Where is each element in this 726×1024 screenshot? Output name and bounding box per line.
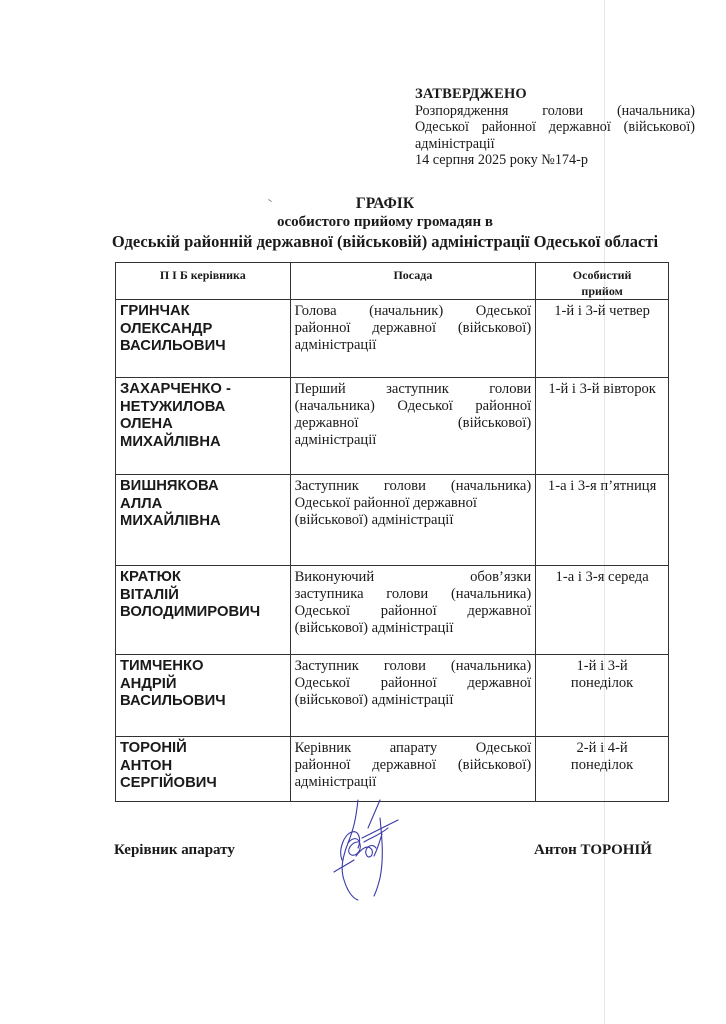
official-name: КРАТЮК ВІТАЛІЙ ВОЛОДИМИРОВИЧ bbox=[116, 566, 291, 655]
position-line: (військової) адміністрації bbox=[295, 620, 532, 637]
name-line: ВАСИЛЬОВИЧ bbox=[120, 338, 286, 356]
table-row: ТОРОНІЙ АНТОН СЕРГІЙОВИЧ Керівник апарат… bbox=[116, 737, 669, 802]
reception-days: 1-а і 3-я середа bbox=[536, 566, 669, 655]
name-line: ЗАХАРЧЕНКО - bbox=[120, 381, 286, 399]
official-name: ВИШНЯКОВА АЛЛА МИХАЙЛІВНА bbox=[116, 475, 291, 566]
position-line: Перший заступник голови bbox=[295, 381, 532, 398]
approval-date: 14 серпня 2025 року №174-р bbox=[415, 152, 695, 169]
reception-days: 1-й і 3-й вівторок bbox=[536, 378, 669, 475]
official-name: ГРИНЧАК ОЛЕКСАНДР ВАСИЛЬОВИЧ bbox=[116, 300, 291, 378]
table-row: ЗАХАРЧЕНКО - НЕТУЖИЛОВА ОЛЕНА МИХАЙЛІВНА… bbox=[116, 378, 669, 475]
reception-days: 1-й і 3-й понеділок bbox=[536, 655, 669, 737]
position-line: адміністрації bbox=[295, 774, 532, 791]
position-line: Одеської районної державної bbox=[295, 675, 532, 692]
reception-line: 1-й і 3-й bbox=[540, 658, 664, 675]
table-row: КРАТЮК ВІТАЛІЙ ВОЛОДИМИРОВИЧ Виконуючий … bbox=[116, 566, 669, 655]
official-position: Керівник апарату Одеської районної держа… bbox=[290, 737, 536, 802]
name-line: ТОРОНІЙ bbox=[120, 740, 286, 758]
position-line: Одеської районної державної bbox=[295, 495, 532, 512]
approval-block: ЗАТВЕРДЖЕНО Розпорядження голови (началь… bbox=[415, 86, 695, 169]
header-reception-line-2: прийом bbox=[540, 283, 664, 299]
reception-line: 1-й і 3-й четвер bbox=[540, 303, 664, 320]
reception-line: 2-й і 4-й bbox=[540, 740, 664, 757]
reception-line: понеділок bbox=[540, 675, 664, 692]
position-line: державної (військової) bbox=[295, 415, 532, 432]
official-position: Перший заступник голови (начальника) Оде… bbox=[290, 378, 536, 475]
approval-line-3: адміністрації bbox=[415, 136, 695, 153]
name-line: ОЛЕКСАНДР bbox=[120, 321, 286, 339]
name-line: СЕРГІЙОВИЧ bbox=[120, 775, 286, 793]
position-line: заступника голови (начальника) bbox=[295, 586, 532, 603]
reception-line: 1-а і 3-я п’ятниця bbox=[540, 478, 664, 495]
name-line: МИХАЙЛІВНА bbox=[120, 434, 286, 452]
reception-days: 1-а і 3-я п’ятниця bbox=[536, 475, 669, 566]
official-position: Заступник голови (начальника) Одеської р… bbox=[290, 475, 536, 566]
header-position: Посада bbox=[290, 263, 536, 300]
name-line: ВИШНЯКОВА bbox=[120, 478, 286, 496]
table-row: ТИМЧЕНКО АНДРІЙ ВАСИЛЬОВИЧ Заступник гол… bbox=[116, 655, 669, 737]
signatory-name: Антон ТОРОНІЙ bbox=[534, 842, 652, 859]
position-line: Голова (начальник) Одеської bbox=[295, 303, 532, 320]
document-title: ГРАФІК bbox=[100, 194, 670, 213]
position-line: Заступник голови (начальника) bbox=[295, 658, 532, 675]
official-name: ТОРОНІЙ АНТОН СЕРГІЙОВИЧ bbox=[116, 737, 291, 802]
position-line: районної державної (військової) bbox=[295, 757, 532, 774]
name-line: АНТОН bbox=[120, 758, 286, 776]
name-line: ОЛЕНА bbox=[120, 416, 286, 434]
name-line: НЕТУЖИЛОВА bbox=[120, 399, 286, 417]
name-line: АНДРІЙ bbox=[120, 676, 286, 694]
reception-line: понеділок bbox=[540, 757, 664, 774]
position-line: районної державної (військової) bbox=[295, 320, 532, 337]
name-line: МИХАЙЛІВНА bbox=[120, 513, 286, 531]
name-line: ВАСИЛЬОВИЧ bbox=[120, 693, 286, 711]
table-row: ГРИНЧАК ОЛЕКСАНДР ВАСИЛЬОВИЧ Голова (нач… bbox=[116, 300, 669, 378]
official-name: ЗАХАРЧЕНКО - НЕТУЖИЛОВА ОЛЕНА МИХАЙЛІВНА bbox=[116, 378, 291, 475]
name-line: ГРИНЧАК bbox=[120, 303, 286, 321]
document-subtitle-2: Одеській районній державної (військовій)… bbox=[80, 232, 690, 251]
position-line: Заступник голови (начальника) bbox=[295, 478, 532, 495]
header-name: П І Б керівника bbox=[116, 263, 291, 300]
position-line: адміністрації bbox=[295, 337, 532, 354]
reception-line: 1-а і 3-я середа bbox=[540, 569, 664, 586]
position-line: Одеської районної державної bbox=[295, 603, 532, 620]
name-line: АЛЛА bbox=[120, 496, 286, 514]
approval-line-1: Розпорядження голови (начальника) bbox=[415, 103, 695, 120]
official-position: Голова (начальник) Одеської районної дер… bbox=[290, 300, 536, 378]
name-line: ВІТАЛІЙ bbox=[120, 587, 286, 605]
table-row: ВИШНЯКОВА АЛЛА МИХАЙЛІВНА Заступник голо… bbox=[116, 475, 669, 566]
document-title-block: ГРАФІК особистого прийому громадян в Оде… bbox=[100, 194, 670, 251]
signatory-role: Керівник апарату bbox=[114, 842, 235, 859]
reception-schedule-table: П І Б керівника Посада Особистий прийом … bbox=[115, 262, 669, 802]
position-line: адміністрації bbox=[295, 432, 532, 449]
table-header-row: П І Б керівника Посада Особистий прийом bbox=[116, 263, 669, 300]
reception-days: 2-й і 4-й понеділок bbox=[536, 737, 669, 802]
official-name: ТИМЧЕНКО АНДРІЙ ВАСИЛЬОВИЧ bbox=[116, 655, 291, 737]
reception-days: 1-й і 3-й четвер bbox=[536, 300, 669, 378]
official-position: Виконуючий обов’язки заступника голови (… bbox=[290, 566, 536, 655]
official-position: Заступник голови (начальника) Одеської р… bbox=[290, 655, 536, 737]
position-line: (військової) адміністрації bbox=[295, 512, 532, 529]
name-line: КРАТЮК bbox=[120, 569, 286, 587]
position-line: (начальника) Одеської районної bbox=[295, 398, 532, 415]
document-subtitle-1: особистого прийому громадян в bbox=[100, 213, 670, 232]
approval-line-2: Одеської районної державної (військової) bbox=[415, 119, 695, 136]
name-line: ТИМЧЕНКО bbox=[120, 658, 286, 676]
header-reception-line-1: Особистий bbox=[540, 267, 664, 283]
position-line: Керівник апарату Одеської bbox=[295, 740, 532, 757]
handwritten-signature-icon bbox=[318, 798, 418, 903]
position-line: (військової) адміністрації bbox=[295, 692, 532, 709]
name-line: ВОЛОДИМИРОВИЧ bbox=[120, 604, 286, 622]
reception-line: 1-й і 3-й вівторок bbox=[540, 381, 664, 398]
header-reception: Особистий прийом bbox=[536, 263, 669, 300]
approval-title: ЗАТВЕРДЖЕНО bbox=[415, 86, 695, 103]
position-line: Виконуючий обов’язки bbox=[295, 569, 532, 586]
